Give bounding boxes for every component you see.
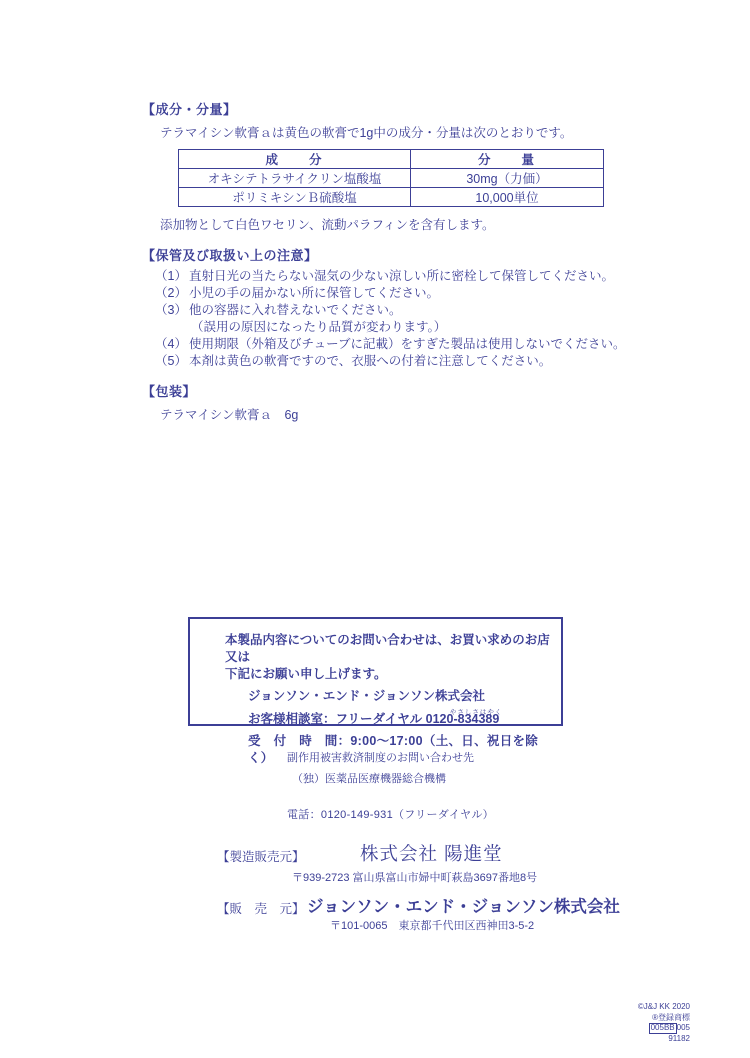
table-row: オキシテトラサイクリン塩酸塩 30mg（力価） — [179, 169, 604, 188]
item-text: 使用期限（外箱及びチューブに記載）をすぎた製品は使用しないでください。 — [189, 336, 626, 353]
top-content: 【成分・分量】 テラマイシン軟膏ａは黄色の軟膏で1g中の成分・分量は次のとおりで… — [142, 99, 642, 423]
item-text: 小児の手の届かない所に保管してください。 — [189, 285, 439, 302]
distributor-address: 〒101-0065 東京都千代田区西神田3-5-2 — [330, 917, 534, 933]
copyright-text: ©J&J KK 2020 — [638, 1002, 690, 1013]
contact-label: お客様相談室： — [248, 712, 336, 726]
relief-organization: （独）医薬品医療機器総合機構 — [292, 772, 494, 786]
list-item: （2） 小児の手の届かない所に保管してください。 — [155, 285, 642, 302]
item-number: （5） — [155, 353, 187, 370]
item-number: （1） — [155, 268, 187, 285]
distributor-label: 【販 売 元】 — [217, 899, 305, 917]
item-text: 他の容器に入れ替えないでください。 — [189, 302, 402, 319]
item-number: （3） — [155, 302, 187, 319]
manufacturer-label: 【製造販売元】 — [217, 847, 305, 865]
col-header-component: 成 分 — [179, 150, 411, 169]
inquiry-line2: 下記にお願い申し上げます。 — [225, 666, 551, 683]
storage-list: （1） 直射日光の当たらない湿気の少ない涼しい所に密栓して保管してください。 （… — [155, 268, 642, 370]
item-text: 直射日光の当たらない湿気の少ない涼しい所に密栓して保管してください。 — [189, 268, 614, 285]
cell-component: オキシテトラサイクリン塩酸塩 — [179, 169, 411, 188]
product-code-suffix: 005 — [677, 1023, 690, 1032]
ingredients-heading: 【成分・分量】 — [142, 99, 642, 118]
col-header-quantity: 分 量 — [411, 150, 604, 169]
manufacturer-address: 〒939-2723 富山県富山市婦中町萩島3697番地8号 — [292, 869, 537, 885]
trademark-text: ®登録商標 — [638, 1013, 690, 1024]
relief-phone: 電話：0120-149-931（フリーダイヤル） — [287, 808, 494, 822]
cell-quantity: 10,000単位 — [411, 188, 604, 207]
distributor-name: ジョンソン・エンド・ジョンソン株式会社 — [307, 893, 620, 917]
manufacturer-name: 株式会社 陽進堂 — [360, 840, 503, 866]
packaging-text: テラマイシン軟膏ａ 6g — [160, 405, 642, 423]
contact-freedial-label: フリーダイヤル — [336, 712, 423, 726]
list-item: （4） 使用期限（外箱及びチューブに記載）をすぎた製品は使用しないでください。 — [155, 336, 642, 353]
lot-code: 91182 — [638, 1034, 690, 1045]
packaging-heading: 【包装】 — [142, 381, 642, 400]
list-item: （3） 他の容器に入れ替えないでください。 — [155, 302, 642, 319]
cell-quantity: 30mg（力価） — [411, 169, 604, 188]
footer-codes: ©J&J KK 2020 ®登録商標 005BB005 91182 — [638, 1002, 690, 1044]
item-sub-note: （誤用の原因になったり品質が変わります。） — [191, 319, 642, 336]
inquiry-line1: 本製品内容についてのお問い合わせは、お買い求めのお店又は — [225, 632, 551, 666]
inquiry-box: 本製品内容についてのお問い合わせは、お買い求めのお店又は 下記にお願い申し上げま… — [188, 617, 563, 726]
ingredients-table: 成 分 分 量 オキシテトラサイクリン塩酸塩 30mg（力価） ポリミキシンＢ硫… — [178, 149, 604, 207]
table-header-row: 成 分 分 量 — [179, 150, 604, 169]
item-number: （4） — [155, 336, 187, 353]
cell-component: ポリミキシンＢ硫酸塩 — [179, 188, 411, 207]
inquiry-company: ジョンソン・エンド・ジョンソン株式会社 — [248, 688, 551, 705]
item-number: （2） — [155, 285, 187, 302]
relief-title: 副作用被害救済制度のお問い合わせ先 — [287, 751, 494, 765]
list-item: （1） 直射日光の当たらない湿気の少ない涼しい所に密栓して保管してください。 — [155, 268, 642, 285]
phone-ruby-text: やさしさはやく — [450, 704, 503, 721]
list-item: （5） 本剤は黄色の軟膏ですので、衣服への付着に注意してください。 — [155, 353, 642, 370]
product-code-line: 005BB005 — [638, 1023, 690, 1034]
product-code-boxed: 005BB — [649, 1023, 677, 1034]
additive-note: 添加物として白色ワセリン、流動パラフィンを含有します。 — [160, 215, 642, 233]
ingredients-intro: テラマイシン軟膏ａは黄色の軟膏で1g中の成分・分量は次のとおりです。 — [160, 123, 642, 141]
package-insert-page: 【成分・分量】 テラマイシン軟膏ａは黄色の軟膏で1g中の成分・分量は次のとおりで… — [0, 0, 750, 1058]
relief-contact-block: 副作用被害救済制度のお問い合わせ先 （独）医薬品医療機器総合機構 電話：0120… — [287, 751, 494, 822]
storage-heading: 【保管及び取扱い上の注意】 — [142, 245, 642, 264]
table-row: ポリミキシンＢ硫酸塩 10,000単位 — [179, 188, 604, 207]
inquiry-contact-line: お客様相談室：フリーダイヤル やさしさはやく0120-834389 — [248, 711, 551, 728]
item-text: 本剤は黄色の軟膏ですので、衣服への付着に注意してください。 — [189, 353, 551, 370]
contact-phone-wrap: やさしさはやく0120-834389 — [426, 711, 500, 728]
